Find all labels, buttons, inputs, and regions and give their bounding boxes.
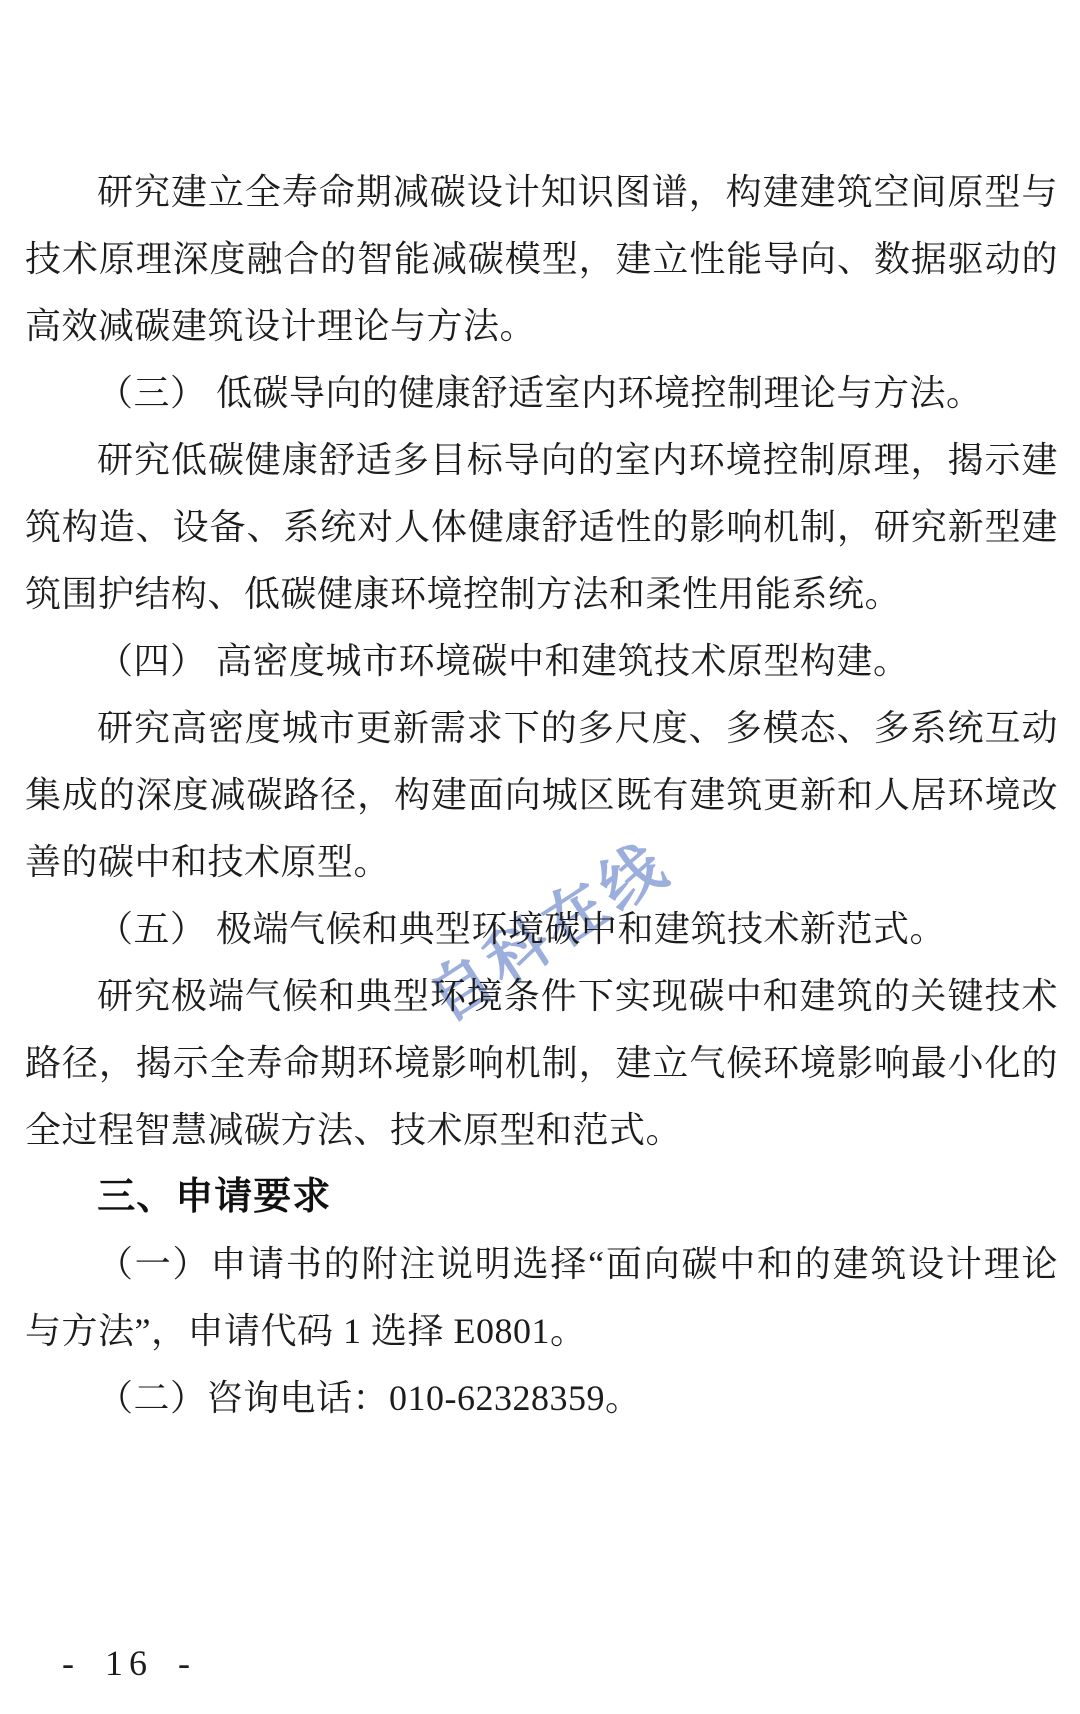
page-number: - 16 - [62,1642,196,1684]
subsection-heading-4: （四） 高密度城市环境碳中和建筑技术原型构建。 [25,628,1058,695]
body-paragraph: 研究低碳健康舒适多目标导向的室内环境控制原理，揭示建筑构造、设备、系统对人体健康… [25,427,1058,628]
document-body: 研究建立全寿命期减碳设计知识图谱，构建建筑空间原型与技术原理深度融合的智能减碳模… [25,159,1058,1432]
subsection-heading-5: （五） 极端气候和典型环境碳中和建筑技术新范式。 [25,896,1058,963]
body-paragraph: 研究高密度城市更新需求下的多尺度、多模态、多系统互动集成的深度减碳路径，构建面向… [25,695,1058,896]
body-paragraph: 研究极端气候和典型环境条件下实现碳中和建筑的关键技术路径，揭示全寿命期环境影响机… [25,963,1058,1164]
subsection-heading-3: （三） 低碳导向的健康舒适室内环境控制理论与方法。 [25,360,1058,427]
body-paragraph: （二）咨询电话：010-62328359。 [25,1365,1058,1432]
body-paragraph: （一）申请书的附注说明选择“面向碳中和的建筑设计理论与方法”，申请代码 1 选择… [25,1231,1058,1365]
section-heading-application-requirements: 三、申请要求 [25,1164,1058,1231]
body-paragraph: 研究建立全寿命期减碳设计知识图谱，构建建筑空间原型与技术原理深度融合的智能减碳模… [25,159,1058,360]
